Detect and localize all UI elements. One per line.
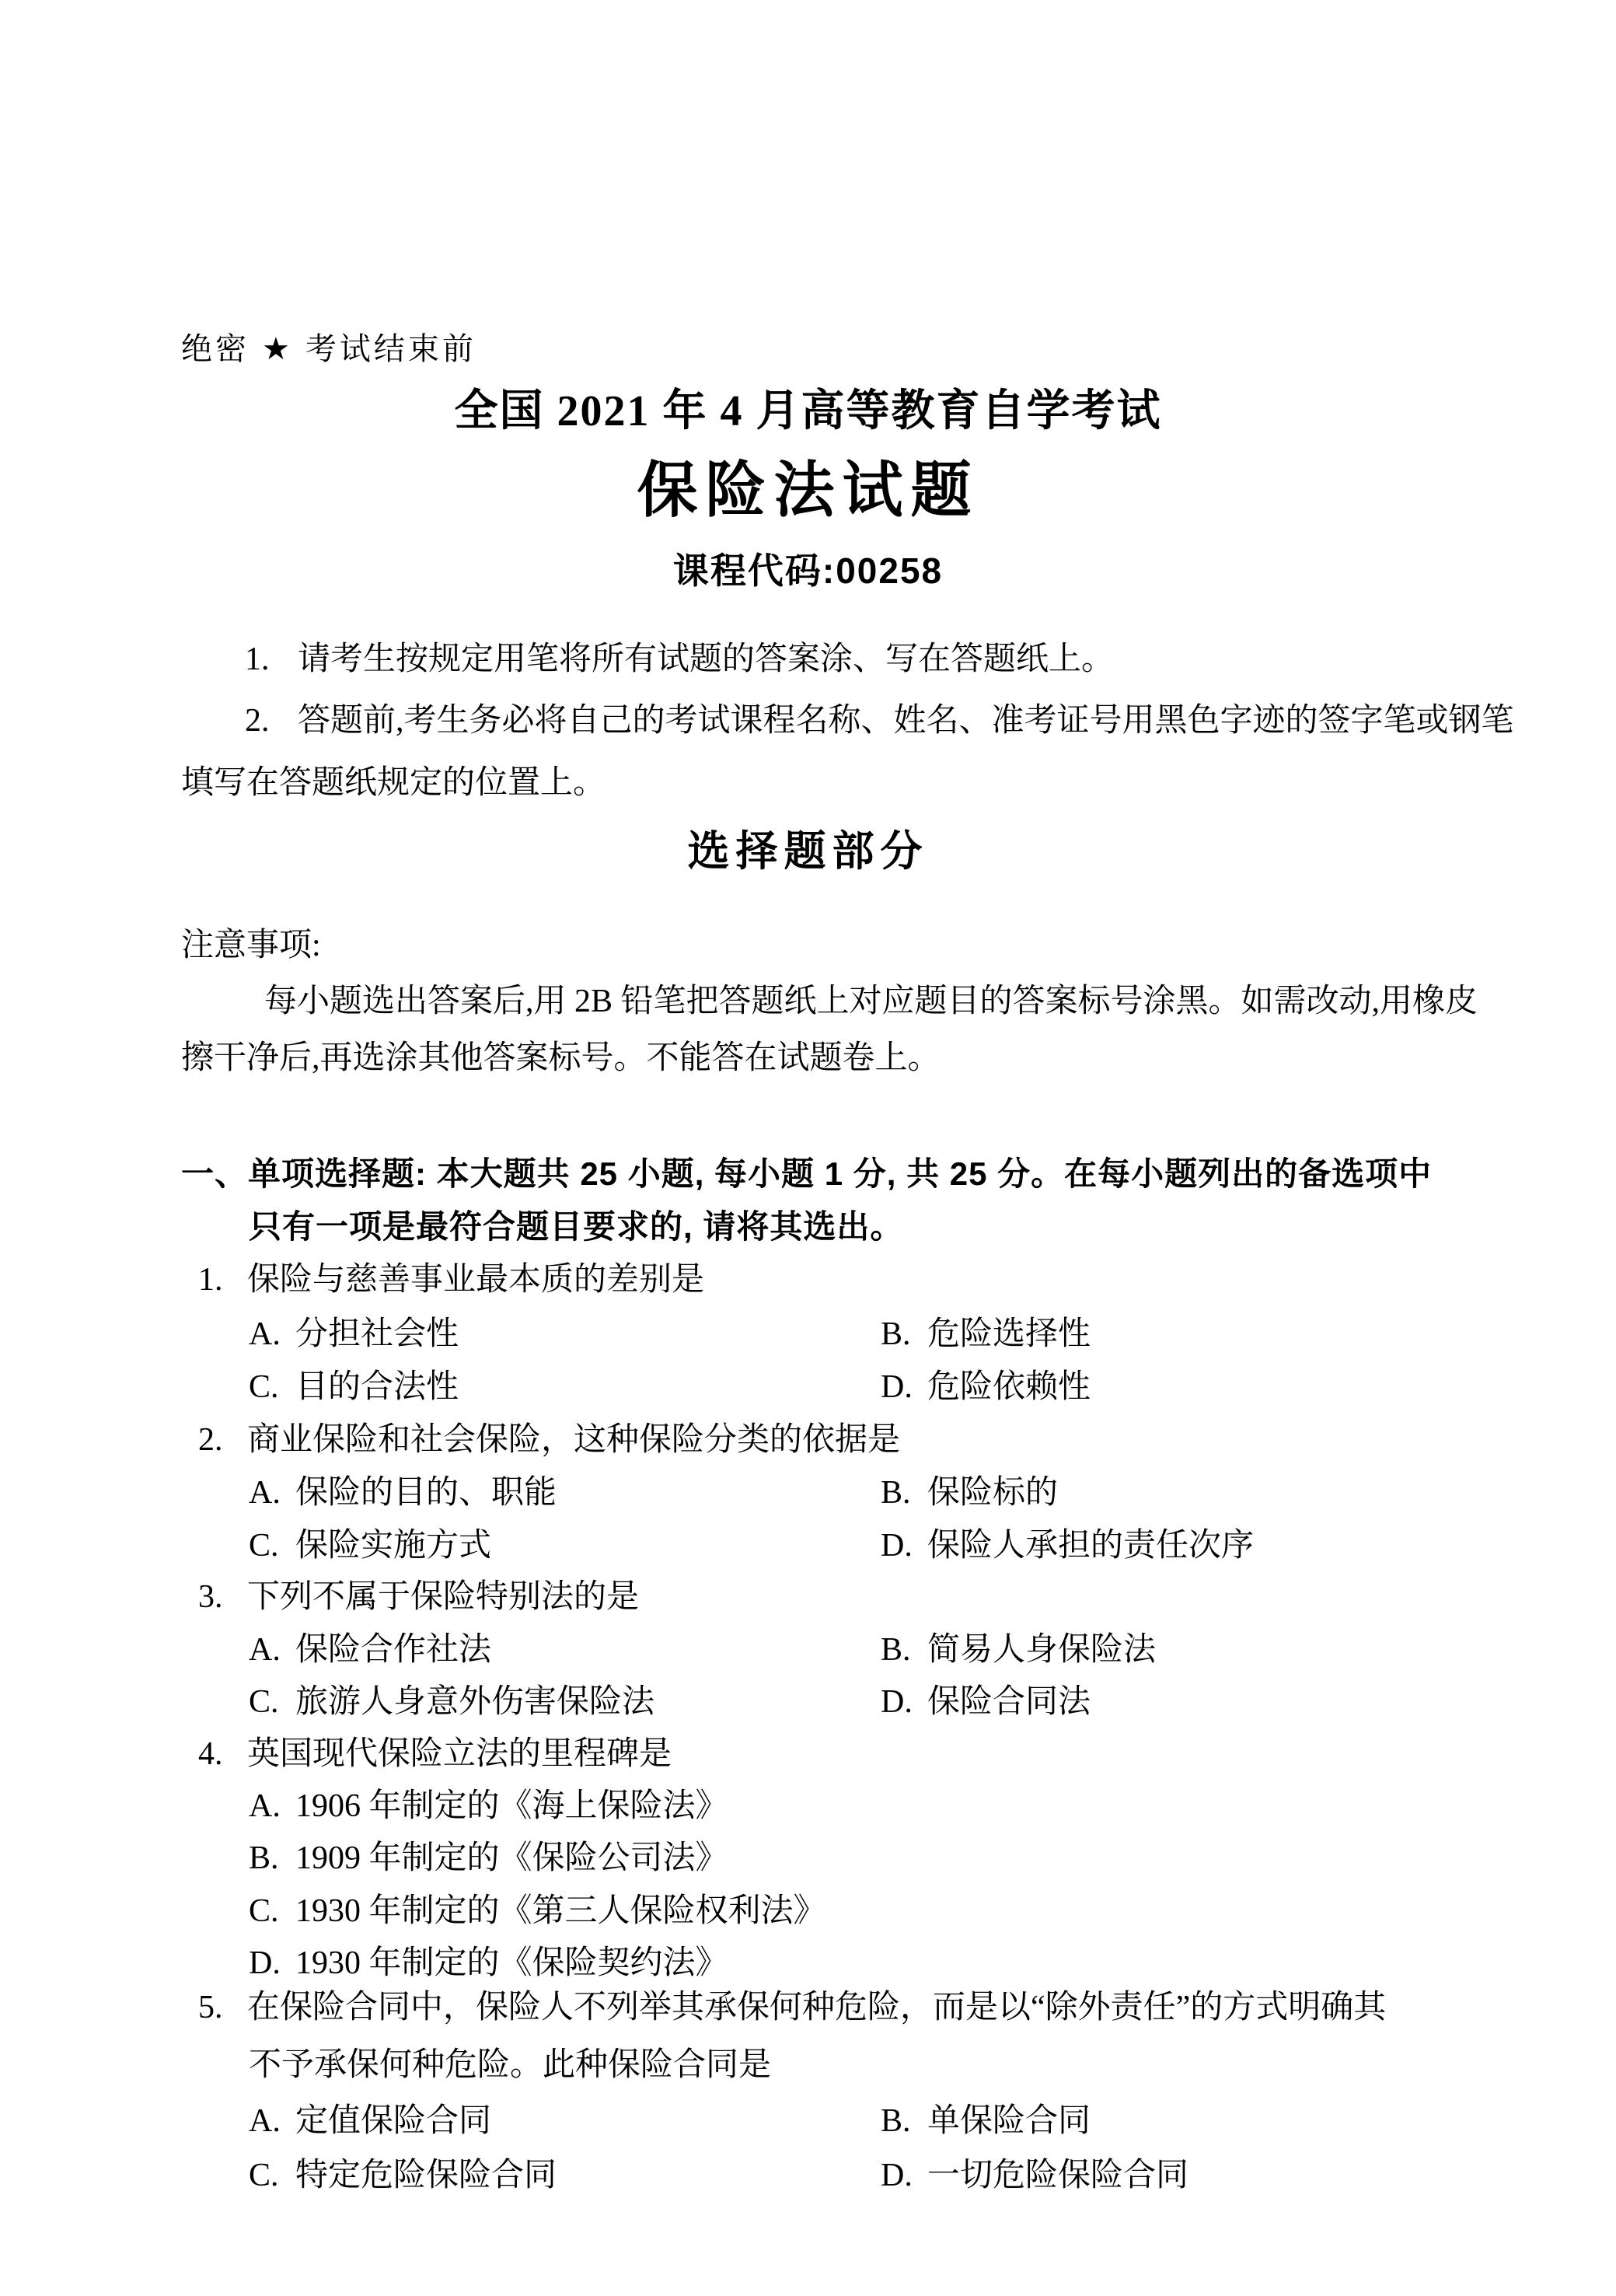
option-label: C.: [249, 1525, 295, 1567]
option-text: 保险实施方式: [295, 1525, 491, 1567]
question-2-option-b: B. 保险标的: [881, 1473, 1058, 1514]
option-text: 定值保险合同: [295, 2101, 491, 2142]
option-label: D.: [881, 1525, 927, 1567]
question-text: 商业保险和社会保险，这种保险分类的依据是: [247, 1420, 900, 1461]
option-label: D.: [881, 2155, 927, 2196]
instruction-item-2-continuation: 填写在答题纸规定的位置上。: [181, 763, 606, 804]
option-text: 1906 年制定的《海上保险法》: [295, 1786, 728, 1827]
option-text: 危险选择性: [927, 1314, 1091, 1355]
question-1-stem: 1. 保险与慈善事业最本质的差别是: [198, 1260, 704, 1301]
question-5-option-c: C. 特定危险保险合同: [249, 2155, 557, 2196]
exam-title: 全国 2021 年 4 月高等教育自学考试: [0, 384, 1616, 439]
notice-line-1: 每小题选出答案后,用 2B 铅笔把答题纸上对应题目的答案标号涂黑。如需改动,用橡…: [264, 981, 1478, 1022]
question-1-option-c: C. 目的合法性: [249, 1367, 459, 1408]
option-label: A.: [249, 1630, 295, 1671]
option-label: C.: [249, 2155, 295, 2196]
instruction-text: 答题前,考生务必将自己的考试课程名称、姓名、准考证号用黑色字迹的签字笔或钢笔: [298, 701, 1514, 742]
option-text: 目的合法性: [295, 1367, 459, 1408]
question-text: 保险与慈善事业最本质的差别是: [247, 1260, 704, 1301]
question-text: 下列不属于保险特别法的是: [247, 1577, 639, 1618]
question-5-stem: 5. 在保险合同中，保险人不列举其承保何种危险，而是以“除外责任”的方式明确其: [198, 1987, 1386, 2029]
option-text: 简易人身保险法: [927, 1630, 1156, 1671]
question-5-option-b: B. 单保险合同: [881, 2101, 1091, 2142]
part1-heading-line-2: 只有一项是最符合题目要求的, 请将其选出。: [249, 1207, 903, 1248]
question-1-option-d: D. 危险依赖性: [881, 1367, 1091, 1408]
exam-paper-page: 绝密 ★ 考试结束前 全国 2021 年 4 月高等教育自学考试 保险法试题 课…: [0, 0, 1616, 2296]
option-label: A.: [249, 2101, 295, 2142]
option-text: 旅游人身意外伤害保险法: [295, 1682, 654, 1723]
question-2-option-a: A. 保险的目的、职能: [249, 1473, 557, 1514]
question-4-stem: 4. 英国现代保险立法的里程碑是: [198, 1734, 672, 1775]
option-text: 1909 年制定的《保险公司法》: [295, 1838, 728, 1879]
instruction-item-2: 2. 答题前,考生务必将自己的考试课程名称、姓名、准考证号用黑色字迹的签字笔或钢…: [245, 701, 1514, 742]
classification-level: 绝密: [181, 330, 250, 369]
notice-label: 注意事项:: [181, 925, 321, 966]
course-code: 课程代码:00258: [0, 549, 1616, 594]
question-4-option-c: C. 1930 年制定的《第三人保险权利法》: [249, 1891, 826, 1932]
option-text: 保险的目的、职能: [295, 1473, 557, 1514]
instruction-item-1: 1. 请考生按规定用笔将所有试题的答案涂、写在答题纸上。: [245, 639, 1114, 680]
option-label: D.: [881, 1367, 927, 1408]
question-4-option-a: A. 1906 年制定的《海上保险法》: [249, 1786, 728, 1827]
option-text: 单保险合同: [927, 2101, 1091, 2142]
option-label: A.: [249, 1786, 295, 1827]
option-text: 一切危险保险合同: [927, 2155, 1188, 2196]
option-text: 保险合同法: [927, 1682, 1091, 1723]
question-text: 英国现代保险立法的里程碑是: [247, 1734, 672, 1775]
option-label: B.: [881, 1473, 927, 1514]
star-icon: ★: [262, 330, 293, 369]
question-2-stem: 2. 商业保险和社会保险，这种保险分类的依据是: [198, 1420, 900, 1461]
question-3-option-b: B. 简易人身保险法: [881, 1630, 1156, 1671]
classification-suffix: 考试结束前: [305, 330, 476, 369]
question-number: 3.: [198, 1577, 247, 1618]
option-text: 危险依赖性: [927, 1367, 1091, 1408]
question-1-option-a: A. 分担社会性: [249, 1314, 459, 1355]
notice-line-2: 擦干净后,再选涂其他答案标号。不能答在试题卷上。: [181, 1038, 941, 1079]
option-label: C.: [249, 1891, 295, 1932]
question-3-option-c: C. 旅游人身意外伤害保险法: [249, 1682, 654, 1723]
option-text: 保险标的: [927, 1473, 1058, 1514]
section-title: 选择题部分: [0, 826, 1616, 879]
option-text: 分担社会性: [295, 1314, 459, 1355]
question-5-option-d: D. 一切危险保险合同: [881, 2155, 1188, 2196]
option-label: C.: [249, 1367, 295, 1408]
option-label: B.: [249, 1838, 295, 1879]
question-number: 4.: [198, 1734, 247, 1775]
question-number: 1.: [198, 1260, 247, 1301]
instruction-number: 2.: [245, 701, 298, 742]
question-2-option-d: D. 保险人承担的责任次序: [881, 1525, 1254, 1567]
option-label: A.: [249, 1473, 295, 1514]
question-5-stem-continuation: 不予承保何种危险。此种保险合同是: [249, 2045, 771, 2086]
question-4-option-b: B. 1909 年制定的《保险公司法》: [249, 1838, 728, 1879]
option-text: 特定危险保险合同: [295, 2155, 557, 2196]
question-3-stem: 3. 下列不属于保险特别法的是: [198, 1577, 639, 1618]
question-2-option-c: C. 保险实施方式: [249, 1525, 491, 1567]
option-text: 保险合作社法: [295, 1630, 491, 1671]
option-label: B.: [881, 1630, 927, 1671]
option-label: B.: [881, 2101, 927, 2142]
option-text: 1930 年制定的《保险契约法》: [295, 1943, 728, 1984]
option-label: D.: [881, 1682, 927, 1723]
instruction-text: 请考生按规定用笔将所有试题的答案涂、写在答题纸上。: [298, 639, 1114, 680]
option-text: 1930 年制定的《第三人保险权利法》: [295, 1891, 826, 1932]
option-label: A.: [249, 1314, 295, 1355]
question-1-option-b: B. 危险选择性: [881, 1314, 1091, 1355]
part1-heading-line-1: 一、单项选择题: 本大题共 25 小题, 每小题 1 分, 共 25 分。在每小…: [181, 1154, 1432, 1195]
question-4-option-d: D. 1930 年制定的《保险契约法》: [249, 1943, 728, 1984]
classification-line: 绝密 ★ 考试结束前: [181, 330, 476, 369]
question-number: 5.: [198, 1987, 247, 2029]
option-label: D.: [249, 1943, 295, 1984]
question-3-option-a: A. 保险合作社法: [249, 1630, 491, 1671]
option-text: 保险人承担的责任次序: [927, 1525, 1254, 1567]
option-label: B.: [881, 1314, 927, 1355]
question-number: 2.: [198, 1420, 247, 1461]
question-5-option-a: A. 定值保险合同: [249, 2101, 491, 2142]
question-3-option-d: D. 保险合同法: [881, 1682, 1091, 1723]
question-text: 在保险合同中，保险人不列举其承保何种危险，而是以“除外责任”的方式明确其: [247, 1987, 1386, 2029]
paper-title: 保险法试题: [0, 453, 1616, 529]
instruction-number: 1.: [245, 639, 298, 680]
option-label: C.: [249, 1682, 295, 1723]
